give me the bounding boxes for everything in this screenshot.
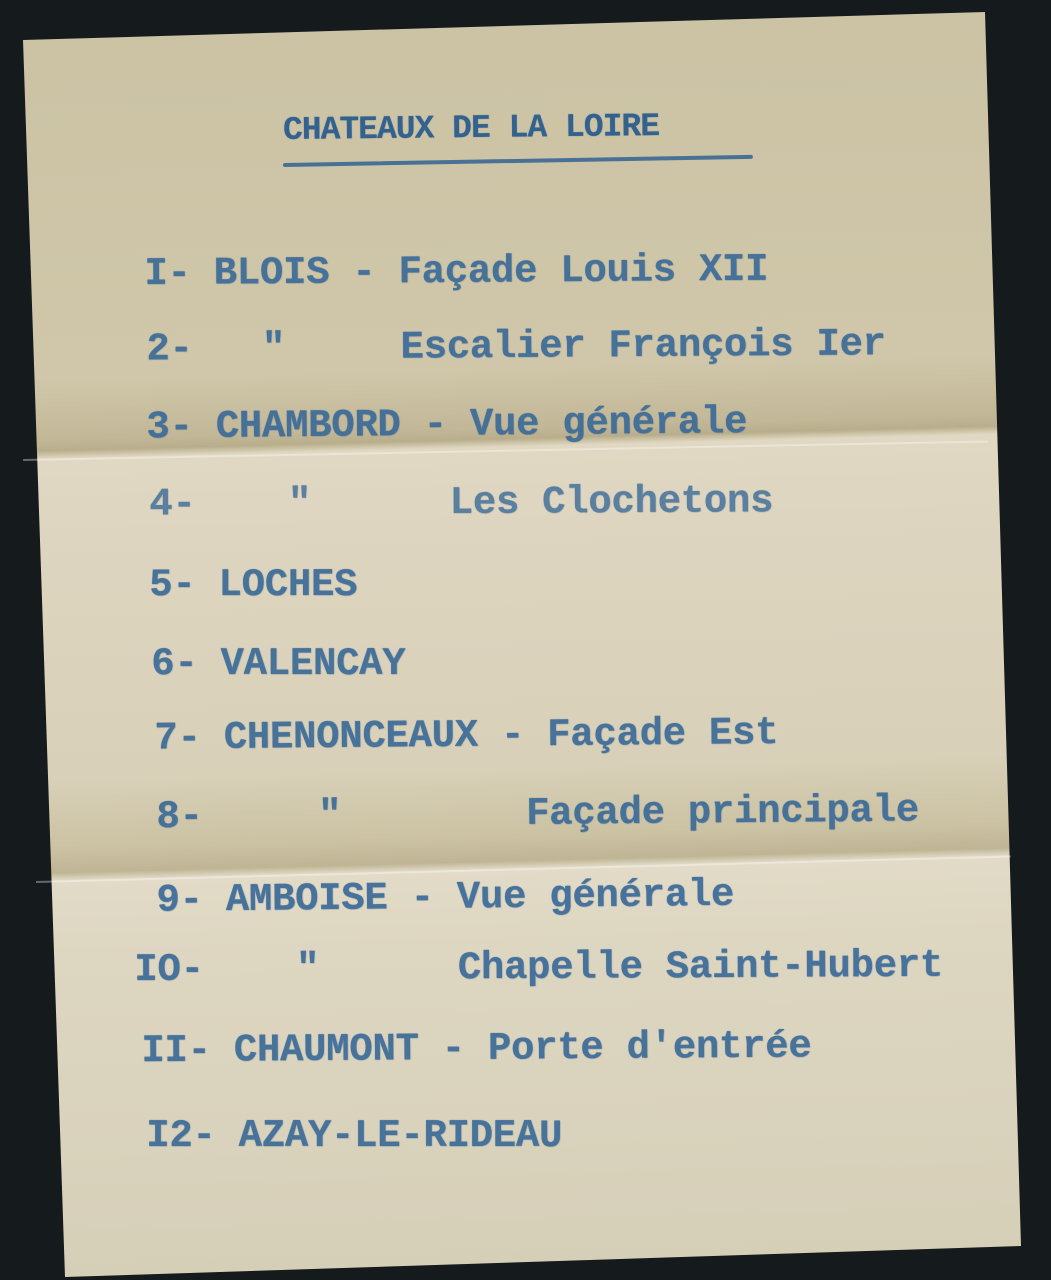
document-title: CHATEAUX DE LA LOIRE — [283, 108, 659, 149]
list-item: II- CHAUMONT - Porte d'entrée — [95, 981, 812, 1074]
list-item: I2- AZAY-LE-RIDEAU — [100, 1070, 562, 1158]
item-place: " — [226, 794, 342, 839]
list-item: 8- " Façade principale — [110, 744, 919, 839]
item-place: AZAY-LE-RIDEAU — [239, 1114, 562, 1158]
list-item: 5- LOCHES — [103, 519, 357, 607]
list-item: 4- " Les Clochetons — [103, 435, 774, 527]
item-number: II- — [141, 1029, 211, 1073]
item-place: CHAUMONT — [234, 1027, 419, 1072]
item-separator: - — [418, 1027, 488, 1071]
item-view: Les Clochetons — [450, 479, 774, 525]
list-item: IO- " Chapelle Saint-Hubert — [88, 900, 943, 992]
item-number: I2- — [146, 1114, 215, 1158]
item-number: 8- — [156, 795, 203, 839]
item-view: Porte d'entrée — [488, 1024, 812, 1070]
